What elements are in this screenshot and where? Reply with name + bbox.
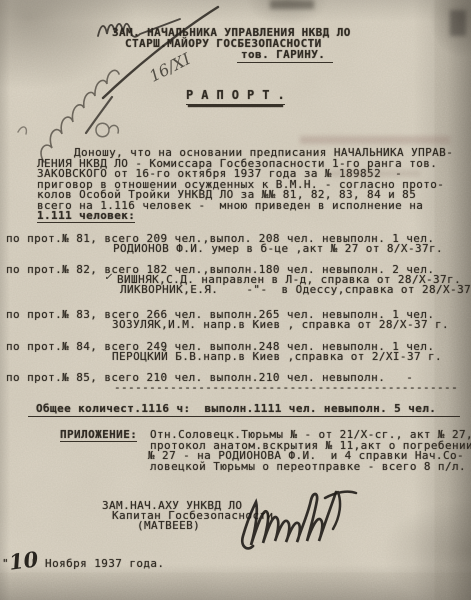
grand-total-line: Общее количест.1116 ч: выполн.1111 чел. … [36, 403, 436, 414]
handwritten-loop-icon [96, 123, 118, 137]
separator-dashes: ----------------------------------------… [114, 382, 458, 393]
edge-stain [270, 0, 314, 9]
body-line-total-executed: 1.111 человек: [37, 210, 135, 223]
check-icon: ✓ [104, 272, 112, 283]
date-text: " Ноября 1937 года. [31, 558, 164, 569]
pen-stroke-diagonal-tail-icon [86, 97, 112, 133]
header-addressee: тов. ГАРИНУ. [237, 49, 333, 63]
protocol-81-detail: РОДИОНОВ Ф.И. умер в б-це ,акт № 27 от 8… [113, 243, 443, 254]
pen-stroke-diagonal-icon [103, 7, 218, 98]
attachment-label: ПРИЛОЖЕНИЕ: [60, 429, 137, 442]
attachment-line: ловецкой Тюрьмы о переотправке - всего 8… [150, 461, 466, 472]
protocol-84-detail: ПЕРОЦКИЙ Б.В.напр.в Киев ,справка от 2/X… [112, 351, 442, 362]
matveev-signature-flourish-icon [325, 492, 356, 529]
protocol-83-detail: ЗОЗУЛЯК,И.М. напр.в Киев , справка от 28… [112, 319, 449, 330]
bleed-through-smudge [300, 136, 450, 144]
signer-name: (МАТВЕЕВ) [137, 520, 200, 531]
protocol-82-detail: ЛИКВОРНИК,Е.Я. -"- в Одессу,справка от 2… [120, 284, 471, 295]
document-page: ЗАМ. НАЧАЛЬНИКА УПРАВЛЕНИЯ НКВД ЛО СТАРШ… [0, 0, 471, 600]
total-underline [28, 416, 460, 417]
edge-stain [450, 10, 466, 36]
page-title: Р А П О Р Т . [186, 90, 285, 105]
handwritten-tick-icon [18, 127, 26, 134]
handwritten-date-note: 16/XI [146, 49, 193, 86]
